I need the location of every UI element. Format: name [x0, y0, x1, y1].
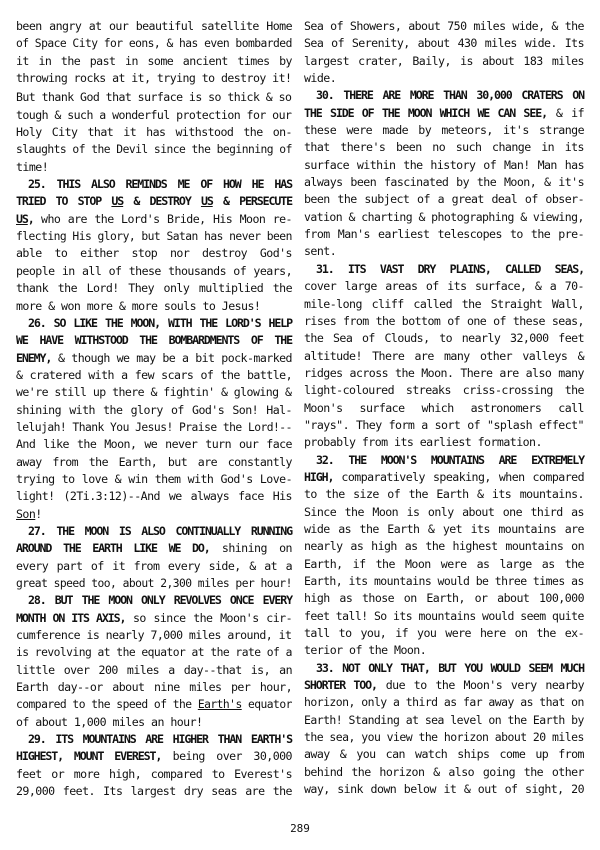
bold-text: 25. THIS ALSO REMINDS ME OF HOW HE HAS	[28, 177, 292, 191]
paragraph-heading-line: 29. ITS MOUNTAINS ARE HIGHER THAN EARTH'…	[16, 731, 292, 748]
text-line: ENEMY, & though we may be a bit pock-mar…	[16, 350, 292, 367]
text-line: feet tall! So its mountains would seem q…	[304, 608, 584, 625]
text-segment: away from the Earth, but are constantly	[16, 455, 292, 469]
text-line: And like the Moon, we never turn our fac…	[16, 436, 292, 453]
text-segment: away & you can watch ships come up from	[304, 747, 584, 761]
paragraph-heading-line: 28. BUT THE MOON ONLY REVOLVES ONCE EVER…	[16, 592, 292, 609]
text-segment: due to the Moon's very nearby	[377, 678, 584, 692]
text-segment: of about 1,000 miles an hour!	[16, 715, 202, 729]
paragraph-heading-line: 26. SO LIKE THE MOON, WITH THE LORD'S HE…	[16, 315, 292, 332]
text-segment: probably from its earliest formation.	[304, 435, 542, 449]
text-segment: & cratered with a few scars of the battl…	[16, 368, 292, 382]
text-line: WE HAVE WITHSTOOD THE BOMBARDMENTS OF TH…	[16, 332, 292, 349]
bold-text: WE HAVE WITHSTOOD THE BOMBARDMENTS OF TH…	[16, 333, 292, 347]
text-line: more & won more & more souls to Jesus!	[16, 298, 292, 315]
text-segment: tall to you, if you were here on the ex-	[304, 626, 584, 640]
text-line: Earth, if the Moon were as large as the	[304, 556, 584, 573]
text-line: from Man's earliest telescopes to the pr…	[304, 226, 584, 243]
text-line: throwing rocks at it, trying to destroy …	[16, 70, 292, 87]
text-line: wide as the Earth & yet its mountains ar…	[304, 521, 584, 538]
text-line: tough & such a wonderful protection for …	[16, 107, 292, 124]
text-segment: being over 30,000	[161, 749, 292, 763]
text-segment: high as those on Earth, or about 100,000	[304, 591, 584, 605]
text-segment: And like the Moon, we never turn our fac…	[16, 437, 292, 451]
text-segment: Holy City that it has withstood the on-	[16, 125, 292, 139]
text-segment: we're still up there & fightin' & glowin…	[16, 385, 291, 399]
text-line: always been fascinated by the Moon, & it…	[304, 174, 584, 191]
text-segment: that there's been no such change in its	[304, 140, 584, 154]
text-line: to the size of the Earth & its mountains…	[304, 486, 584, 503]
bold-text: MONTH ON ITS AXIS,	[16, 611, 125, 625]
paragraph-heading-line: 31. ITS VAST DRY PLAINS, CALLED SEAS,	[304, 261, 584, 278]
text-segment: time!	[16, 160, 48, 174]
text-line: of about 1,000 miles an hour!	[16, 714, 292, 731]
bold-text: 32. THE MOON'S MOUNTAINS ARE EXTREMELY	[316, 453, 584, 467]
text-segment: surface within the history of Man! Man h…	[304, 158, 584, 172]
text-line: little over 200 miles a day--that is, an	[16, 662, 292, 679]
bold-text: & PERSECUTE	[213, 194, 292, 208]
text-line: these were made by meteors, it's strange	[304, 122, 584, 139]
text-segment: behind the horizon & also going the othe…	[304, 765, 584, 779]
text-line: probably from its earliest formation.	[304, 434, 584, 451]
text-line: TRIED TO STOP US & DESTROY US & PERSECUT…	[16, 193, 292, 210]
text-line: flecting His glory, but Satan has never …	[16, 228, 292, 245]
text-segment: to the size of the Earth & its mountains…	[304, 487, 584, 501]
text-line: Earth day--or about nine miles per hour,	[16, 679, 292, 696]
text-line: Moon's surface which astronomers call	[304, 400, 584, 417]
text-segment: wide as the Earth & yet its mountains ar…	[304, 522, 584, 536]
text-segment: throwing rocks at it, trying to destroy …	[16, 71, 291, 85]
text-line: & cratered with a few scars of the battl…	[16, 367, 292, 384]
text-line: tall to you, if you were here on the ex-	[304, 625, 584, 642]
text-line: compared to the speed of the Earth's equ…	[16, 696, 292, 713]
text-segment: ridges across the Moon. There are also m…	[304, 366, 584, 380]
text-segment: slaughts of the Devil since the beginnin…	[16, 142, 292, 156]
text-segment: who are the Lord's Bride, His Moon re-	[34, 212, 292, 226]
text-line: Sea of Serenity, about 430 miles wide. I…	[304, 35, 584, 52]
text-line: been the subject of a great deal of obse…	[304, 191, 584, 208]
text-segment: 29,000 feet. Its largest dry seas are th…	[16, 784, 292, 798]
text-segment: terior of the Moon.	[304, 643, 426, 657]
paragraph-heading-line: 33. NOT ONLY THAT, BUT YOU WOULD SEEM MU…	[304, 660, 584, 677]
text-segment: nearly as high as the highest mountains …	[304, 539, 584, 553]
bold-text: US	[201, 194, 213, 208]
text-segment: tough & such a wonderful protection for …	[16, 108, 291, 122]
text-line: Earth! Standing at sea level on the Eart…	[304, 712, 584, 729]
text-line: away & you can watch ships come up from	[304, 746, 584, 763]
paragraph-heading-line: 30. THERE ARE MORE THAN 30,000 CRATERS O…	[304, 87, 584, 104]
text-line: trying to love & win them with God's Lov…	[16, 471, 292, 488]
text-line: vation & charting & photographing & view…	[304, 209, 584, 226]
text-line: that there's been no such change in its	[304, 139, 584, 156]
text-segment: so since the Moon's cir-	[125, 611, 292, 625]
text-line: people in all of these thousands of year…	[16, 263, 292, 280]
text-segment: cover large areas of its surface, & a 70…	[304, 279, 584, 293]
text-segment: Earth, its mountains would be three time…	[304, 574, 584, 588]
bold-text: US	[111, 194, 123, 208]
right-column: Sea of Showers, about 750 miles wide, & …	[304, 18, 584, 798]
left-column: been angry at our beautiful satellite Ho…	[16, 18, 292, 800]
text-segment: it in the past in some ancient times by	[16, 54, 292, 68]
text-segment: mile-long cliff called the Straight Wall…	[304, 297, 584, 311]
text-line: US, who are the Lord's Bride, His Moon r…	[16, 211, 292, 228]
text-line: every part of it from every side, & at a	[16, 558, 292, 575]
text-line: HIGHEST, MOUNT EVEREST, being over 30,00…	[16, 748, 292, 765]
text-segment: Earth! Standing at sea level on the Eart…	[304, 713, 584, 727]
text-line: is revolving at the equator at the rate …	[16, 644, 292, 661]
text-segment: Sea of Serenity, about 430 miles wide. I…	[304, 36, 584, 50]
bold-text: 30. THERE ARE MORE THAN 30,000 CRATERS O…	[316, 88, 584, 102]
text-line: slaughts of the Devil since the beginnin…	[16, 141, 292, 158]
text-segment: the sea, you view the horizon about 20 m…	[304, 730, 584, 744]
text-line: it in the past in some ancient times by	[16, 53, 292, 70]
bold-text: 33. NOT ONLY THAT, BUT YOU WOULD SEEM MU…	[316, 661, 584, 675]
text-segment: always been fascinated by the Moon, & it…	[304, 175, 584, 189]
text-segment: little over 200 miles a day--that is, an	[16, 663, 292, 677]
text-segment: wide.	[304, 71, 336, 85]
text-segment: shining with the glory of God's Son! Hal…	[16, 403, 292, 417]
text-segment: been the subject of a great deal of obse…	[304, 192, 584, 206]
text-segment: rises from the bottom of one of these se…	[304, 314, 584, 328]
text-segment: people in all of these thousands of year…	[16, 264, 292, 278]
underlined-text: Son	[16, 507, 35, 521]
text-line: THE SIDE OF THE MOON WHICH WE CAN SEE, &…	[304, 105, 584, 122]
text-line: 29,000 feet. Its largest dry seas are th…	[16, 783, 292, 800]
text-segment: lelujah! Thank You Jesus! Praise the Lor…	[16, 420, 292, 434]
text-segment: great speed too, about 2,300 miles per h…	[16, 576, 292, 590]
paragraph-heading-line: 25. THIS ALSO REMINDS ME OF HOW HE HAS	[16, 176, 292, 193]
text-line: high as those on Earth, or about 100,000	[304, 590, 584, 607]
text-line: Holy City that it has withstood the on-	[16, 124, 292, 141]
text-line: altitude! There are many other valleys &	[304, 348, 584, 365]
text-segment: Earth day--or about nine miles per hour,	[16, 680, 292, 694]
text-line: feet or more high, compared to Everest's	[16, 766, 292, 783]
paragraph-heading-line: 27. THE MOON IS ALSO CONTINUALLY RUNNING	[16, 523, 292, 540]
text-line: Son!	[16, 506, 292, 523]
text-segment: shining on	[210, 541, 292, 555]
text-segment: been angry at our beautiful satellite Ho…	[16, 19, 292, 33]
text-line: rises from the bottom of one of these se…	[304, 313, 584, 330]
text-segment: Since the Moon is only about one third a…	[304, 505, 584, 519]
text-segment: trying to love & win them with God's Lov…	[16, 472, 292, 486]
text-line: sent.	[304, 243, 584, 260]
text-line: Earth, its mountains would be three time…	[304, 573, 584, 590]
text-segment: vation & charting & photographing & view…	[304, 210, 584, 224]
text-segment: & though we may be a bit pock-marked	[51, 351, 292, 365]
text-line: away from the Earth, but are constantly	[16, 454, 292, 471]
text-segment: "rays". They form a sort of "splash effe…	[304, 418, 584, 432]
text-line: been angry at our beautiful satellite Ho…	[16, 18, 292, 35]
text-segment: is revolving at the equator at the rate …	[16, 645, 292, 659]
text-segment: altitude! There are many other valleys &	[304, 349, 584, 363]
text-segment: the Sea of Clouds, to nearly 32,000 feet	[304, 331, 584, 345]
text-segment: cumference is nearly 7,000 miles around,…	[16, 628, 291, 642]
text-segment: But thank God that surface is so thick &…	[16, 90, 291, 104]
text-segment: able to either stop nor destroy God's	[16, 246, 292, 260]
text-segment: these were made by meteors, it's strange	[304, 123, 584, 137]
bold-text: SHORTER TOO,	[304, 678, 377, 692]
text-segment: horizon, only a third as far away as tha…	[304, 695, 584, 709]
bold-text: HIGHEST, MOUNT EVEREST,	[16, 749, 161, 763]
bold-text: 26. SO LIKE THE MOON, WITH THE LORD'S HE…	[28, 316, 292, 330]
text-segment: Earth, if the Moon were as large as the	[304, 557, 584, 571]
text-segment: every part of it from every side, & at a	[16, 559, 292, 573]
text-segment: from Man's earliest telescopes to the pr…	[304, 227, 584, 241]
text-line: thank the Lord! They only multiplied the	[16, 280, 292, 297]
bold-text: 29. ITS MOUNTAINS ARE HIGHER THAN EARTH'…	[28, 732, 292, 746]
text-line: cumference is nearly 7,000 miles around,…	[16, 627, 292, 644]
bold-text: 28. BUT THE MOON ONLY REVOLVES ONCE EVER…	[28, 593, 292, 607]
page-number: 289	[0, 822, 600, 835]
text-segment: Sea of Showers, about 750 miles wide, & …	[304, 19, 584, 33]
bold-text: TRIED TO STOP	[16, 194, 111, 208]
text-line: Sea of Showers, about 750 miles wide, & …	[304, 18, 584, 35]
text-line: Since the Moon is only about one third a…	[304, 504, 584, 521]
text-line: surface within the history of Man! Man h…	[304, 157, 584, 174]
text-segment: light-coloured streaks criss-crossing th…	[304, 383, 584, 397]
text-line: lelujah! Thank You Jesus! Praise the Lor…	[16, 419, 292, 436]
bold-text: US	[16, 212, 28, 226]
paragraph-heading-line: 32. THE MOON'S MOUNTAINS ARE EXTREMELY	[304, 452, 584, 469]
text-line: ridges across the Moon. There are also m…	[304, 365, 584, 382]
text-line: light! (2Ti.3:12)--And we always face Hi…	[16, 488, 292, 505]
bold-text: 27. THE MOON IS ALSO CONTINUALLY RUNNING	[28, 524, 292, 538]
text-segment: !	[35, 507, 41, 521]
text-segment: way, sink down below it & out of sight, …	[304, 782, 584, 796]
text-line: we're still up there & fightin' & glowin…	[16, 384, 292, 401]
text-segment: comparatively speaking, when compared	[333, 470, 584, 484]
text-line: AROUND THE EARTH LIKE WE DO, shining on	[16, 540, 292, 557]
text-segment: thank the Lord! They only multiplied the	[16, 281, 292, 295]
text-line: time!	[16, 159, 292, 176]
text-line: way, sink down below it & out of sight, …	[304, 781, 584, 798]
text-line: "rays". They form a sort of "splash effe…	[304, 417, 584, 434]
text-line: light-coloured streaks criss-crossing th…	[304, 382, 584, 399]
text-line: terior of the Moon.	[304, 642, 584, 659]
text-line: SHORTER TOO, due to the Moon's very near…	[304, 677, 584, 694]
text-segment: Moon's surface which astronomers call	[304, 401, 584, 415]
bold-text: THE SIDE OF THE MOON WHICH WE CAN SEE,	[304, 106, 547, 120]
bold-text: HIGH,	[304, 470, 333, 484]
text-segment: feet tall! So its mountains would seem q…	[304, 609, 584, 623]
text-segment: largest crater, Baily, is about 183 mile…	[304, 54, 584, 68]
text-line: behind the horizon & also going the othe…	[304, 764, 584, 781]
text-line: of Space City for eons, & has even bomba…	[16, 35, 292, 52]
text-line: cover large areas of its surface, & a 70…	[304, 278, 584, 295]
bold-text: & DESTROY	[123, 194, 201, 208]
text-line: shining with the glory of God's Son! Hal…	[16, 402, 292, 419]
text-segment: & if	[547, 106, 584, 120]
text-line: horizon, only a third as far away as tha…	[304, 694, 584, 711]
text-segment: sent.	[304, 244, 336, 258]
text-line: But thank God that surface is so thick &…	[16, 89, 292, 106]
text-segment: of Space City for eons, & has even bomba…	[16, 36, 292, 50]
bold-text: AROUND THE EARTH LIKE WE DO,	[16, 541, 210, 555]
text-segment: light! (2Ti.3:12)--And we always face Hi…	[16, 489, 292, 503]
text-segment: equator	[242, 697, 292, 711]
text-line: able to either stop nor destroy God's	[16, 245, 292, 262]
bold-text: ENEMY,	[16, 351, 51, 365]
text-segment: feet or more high, compared to Everest's	[16, 767, 292, 781]
underlined-text: Earth's	[198, 697, 242, 711]
text-line: the Sea of Clouds, to nearly 32,000 feet	[304, 330, 584, 347]
text-line: largest crater, Baily, is about 183 mile…	[304, 53, 584, 70]
text-line: the sea, you view the horizon about 20 m…	[304, 729, 584, 746]
text-line: mile-long cliff called the Straight Wall…	[304, 296, 584, 313]
text-line: wide.	[304, 70, 584, 87]
text-line: great speed too, about 2,300 miles per h…	[16, 575, 292, 592]
text-segment: flecting His glory, but Satan has never …	[16, 229, 292, 243]
text-segment: more & won more & more souls to Jesus!	[16, 299, 260, 313]
text-segment: compared to the speed of the	[16, 697, 198, 711]
text-line: MONTH ON ITS AXIS, so since the Moon's c…	[16, 610, 292, 627]
text-line: HIGH, comparatively speaking, when compa…	[304, 469, 584, 486]
text-line: nearly as high as the highest mountains …	[304, 538, 584, 555]
bold-text: 31. ITS VAST DRY PLAINS, CALLED SEAS,	[316, 262, 584, 276]
